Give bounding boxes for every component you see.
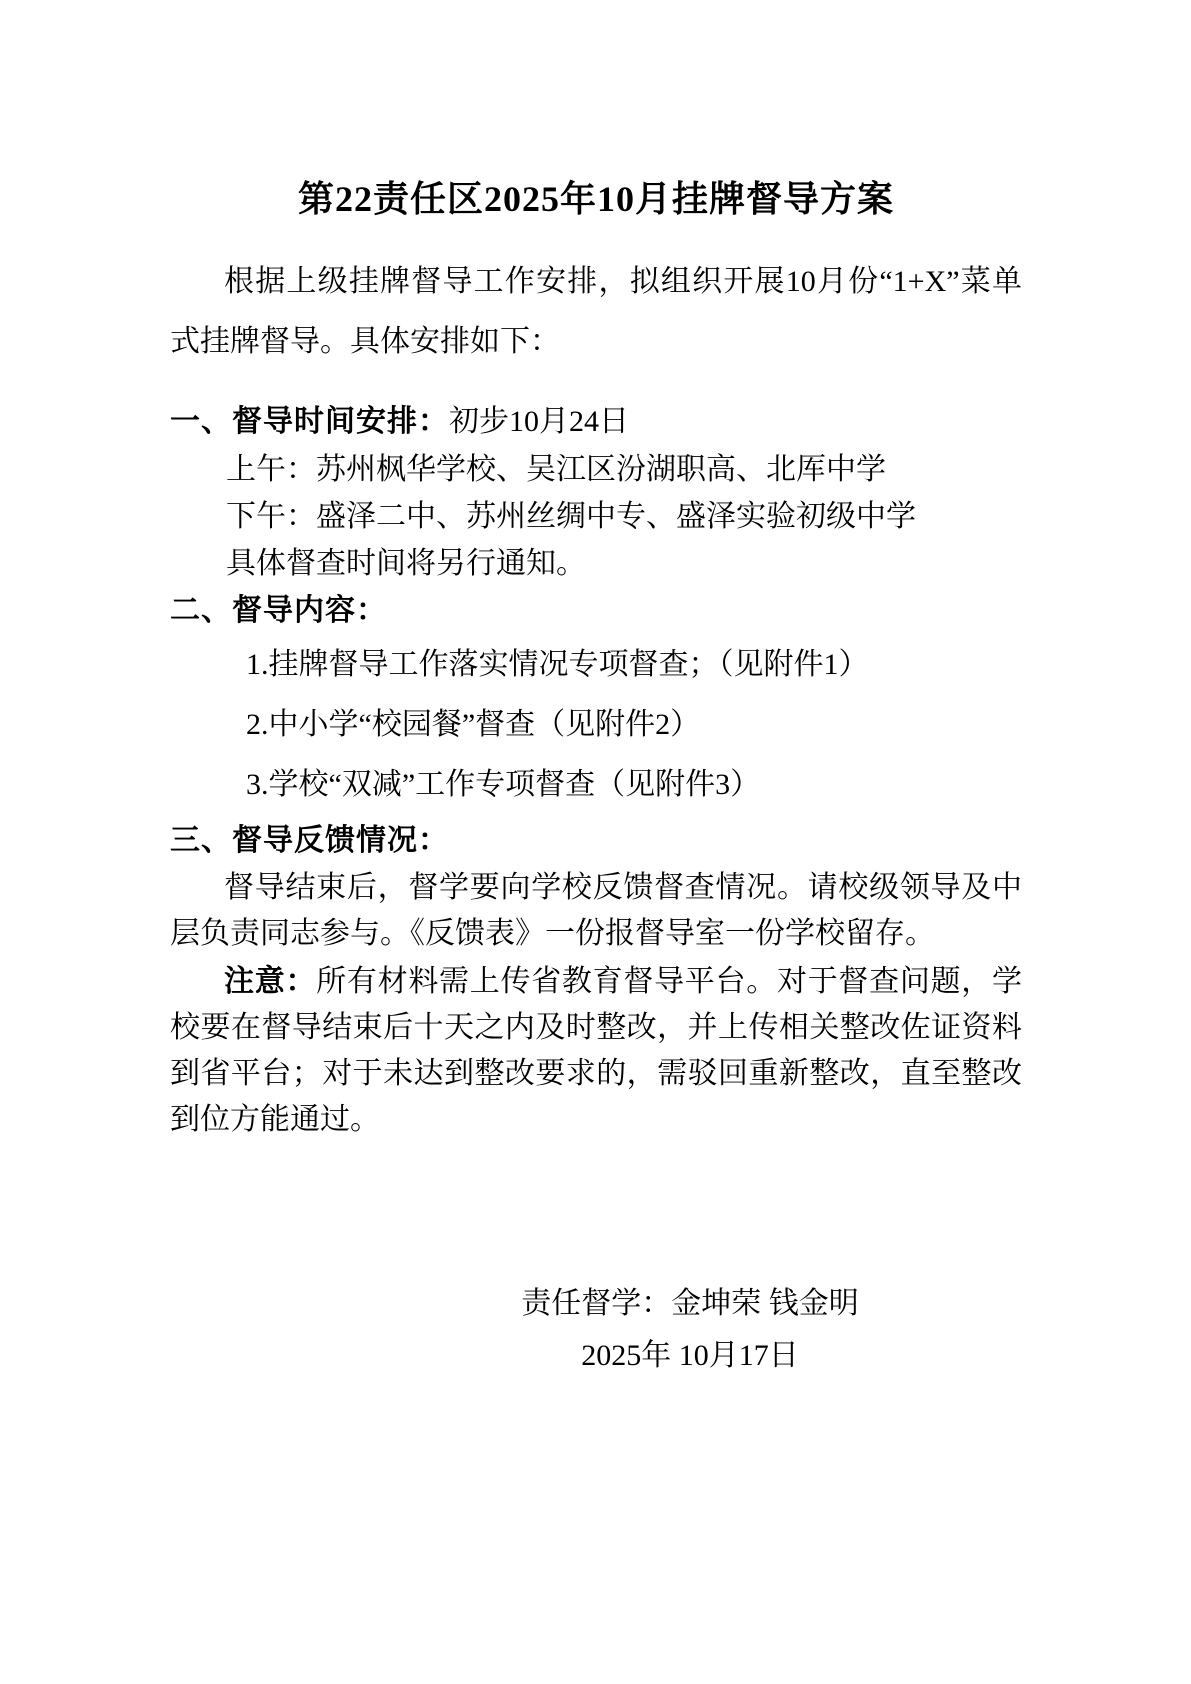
section-1-heading: 一、督导时间安排：初步10月24日 [170, 398, 1022, 446]
section-supervision-time: 一、督导时间安排：初步10月24日 上午：苏州枫华学校、吴江区汾湖职高、北厍中学… [170, 398, 1022, 587]
schedule-notice-line: 具体督查时间将另行通知。 [170, 540, 1022, 587]
document-content: 第22责任区2025年10月挂牌督导方案 根据上级挂牌督导工作安排，拟组织开展1… [170, 176, 1022, 1382]
signature-block: 责任督学：金坤荣 钱金明 2025年 10月17日 [170, 1278, 1022, 1382]
intro-paragraph: 根据上级挂牌督导工作安排，拟组织开展10月份“1+X”菜单式挂牌督导。具体安排如… [170, 252, 1022, 372]
note-label: 注意： [224, 965, 316, 998]
section-feedback: 三、督导反馈情况： 督导结束后，督学要向学校反馈督查情况。请校级领导及中层负责同… [170, 817, 1022, 1143]
content-item-2: 2.中小学“校园餐”督查（见附件2） [170, 695, 1022, 755]
date-line: 2025年 10月17日 [358, 1330, 1022, 1382]
content-item-1: 1.挂牌督导工作落实情况专项督查；（见附件1） [170, 635, 1022, 695]
feedback-paragraph: 督导结束后，督学要向学校反馈督查情况。请校级领导及中层负责同志参与。《反馈表》一… [170, 865, 1022, 957]
section-3-heading: 三、督导反馈情况： [170, 817, 1022, 865]
document-page: 第22责任区2025年10月挂牌督导方案 根据上级挂牌督导工作安排，拟组织开展1… [0, 0, 1191, 1684]
document-title: 第22责任区2025年10月挂牌督导方案 [170, 176, 1022, 222]
signers-line: 责任督学：金坤荣 钱金明 [358, 1278, 1022, 1330]
section-1-heading-label: 一、督导时间安排： [170, 405, 449, 438]
section-1-heading-value: 初步10月24日 [449, 405, 629, 438]
content-item-3: 3.学校“双减”工作专项督查（见附件3） [170, 755, 1022, 815]
morning-schedule-line: 上午：苏州枫华学校、吴江区汾湖职高、北厍中学 [170, 446, 1022, 493]
afternoon-schedule-line: 下午：盛泽二中、苏州丝绸中专、盛泽实验初级中学 [170, 493, 1022, 540]
note-paragraph: 注意：所有材料需上传省教育督导平台。对于督查问题，学校要在督导结束后十天之内及时… [170, 959, 1022, 1143]
section-2-heading: 二、督导内容： [170, 587, 1022, 635]
section-supervision-content: 二、督导内容： 1.挂牌督导工作落实情况专项督查；（见附件1） 2.中小学“校园… [170, 587, 1022, 815]
